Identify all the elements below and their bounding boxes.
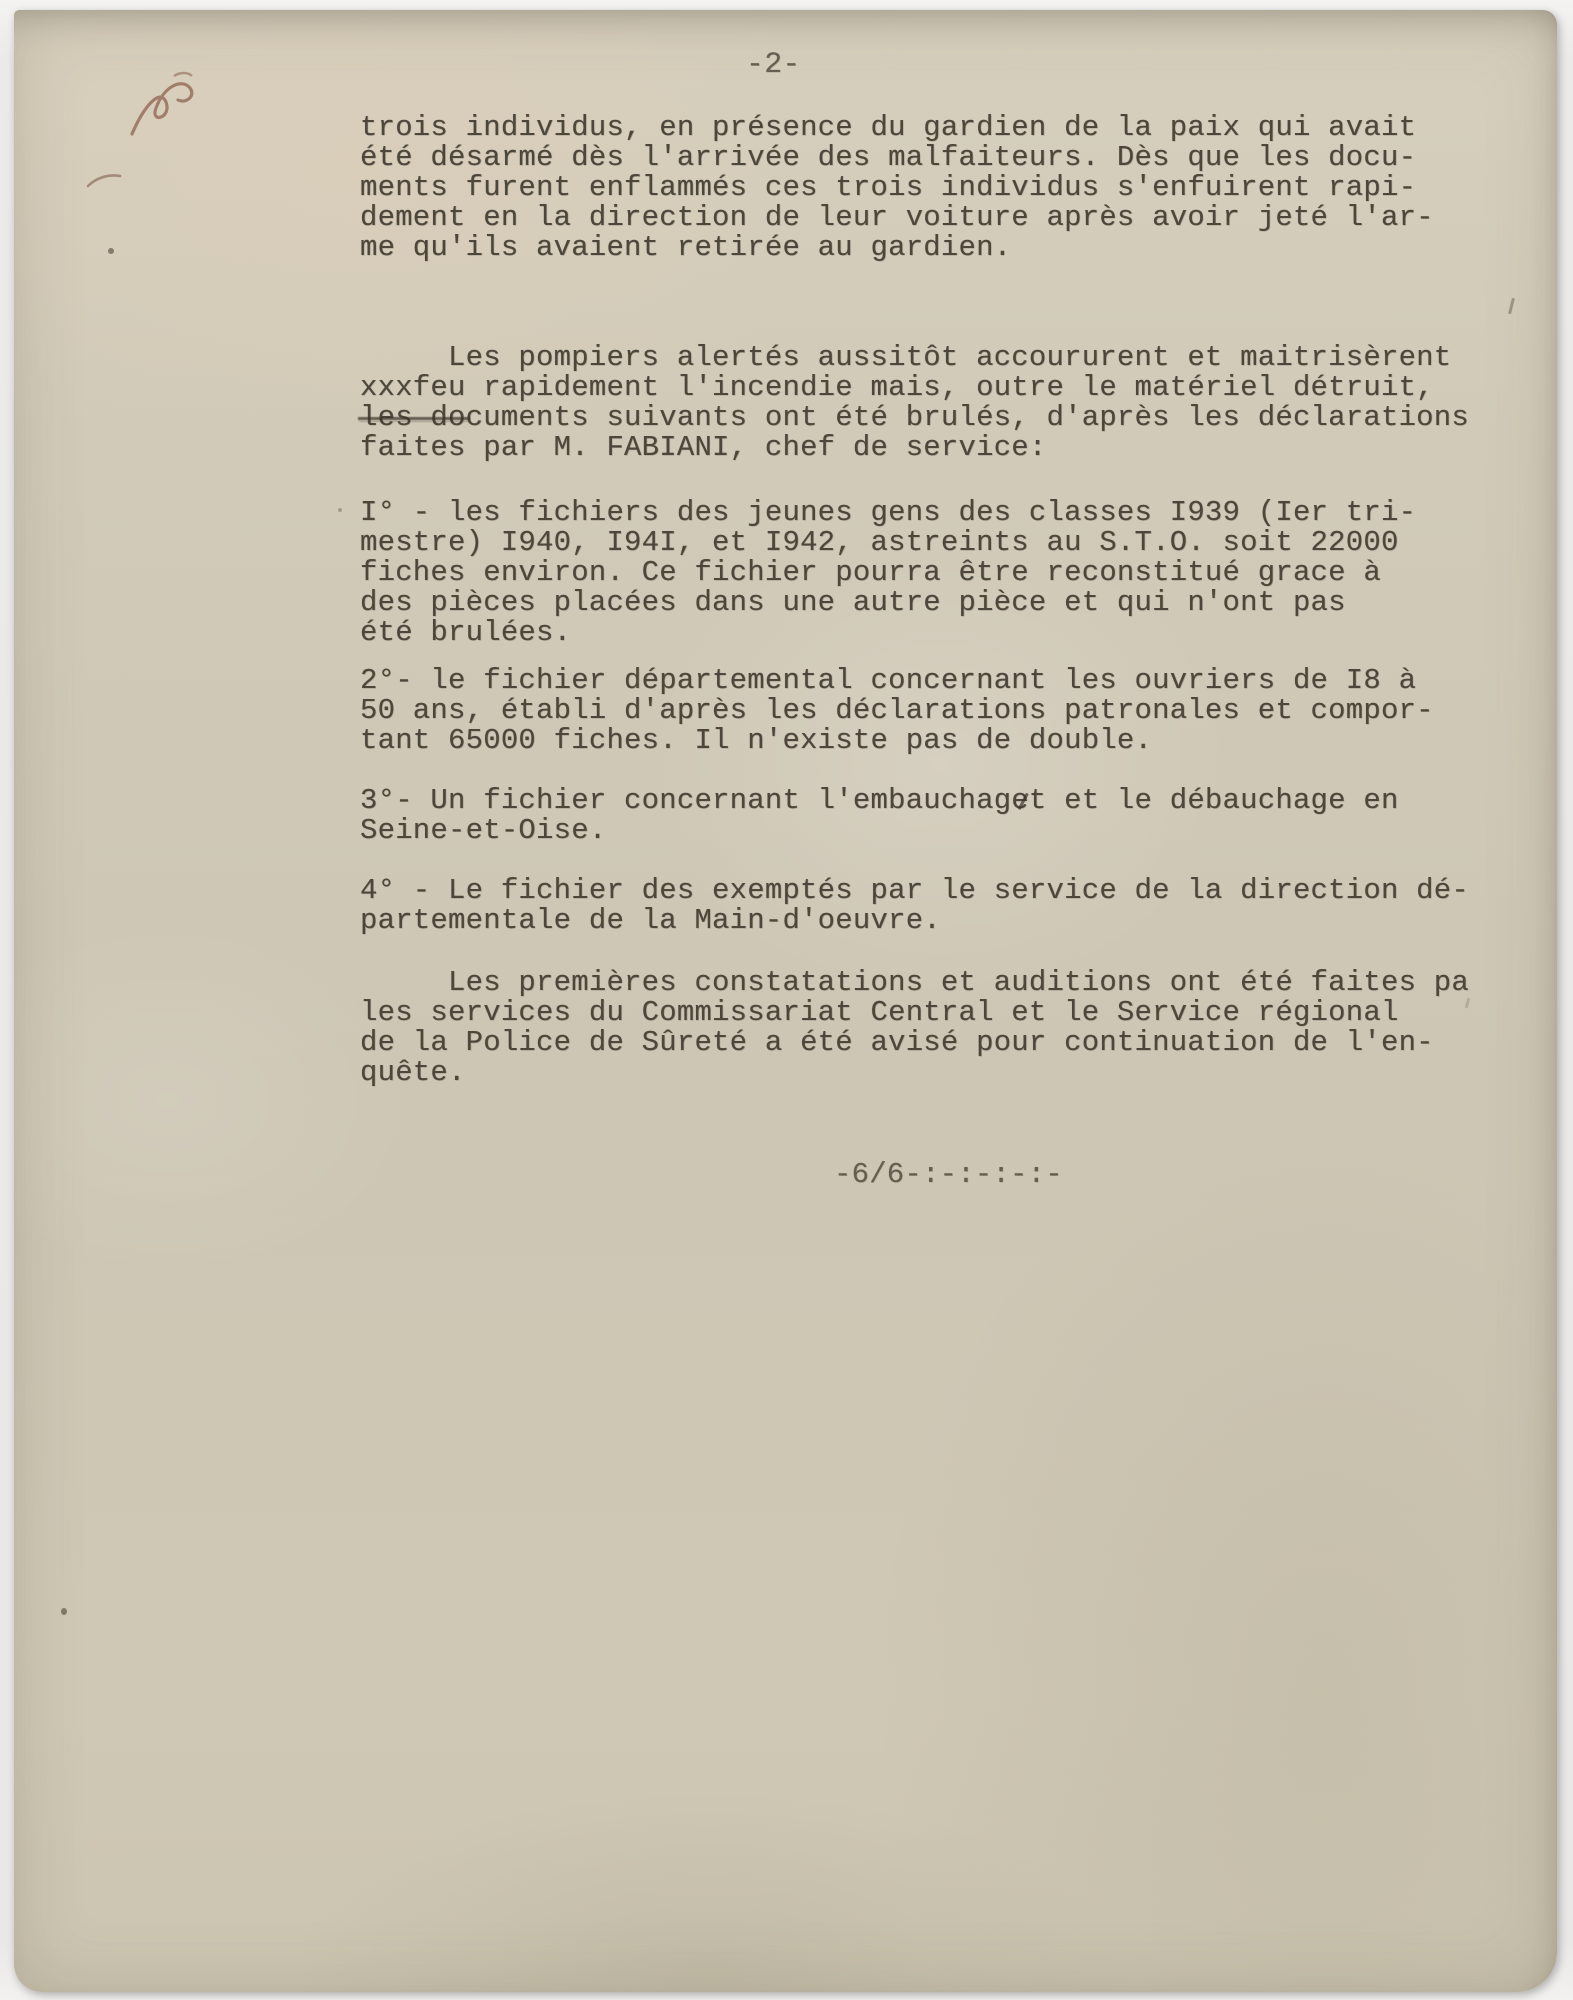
pencil-mark xyxy=(1508,298,1514,314)
ink-speck xyxy=(61,1608,67,1615)
ink-speck xyxy=(108,248,114,254)
paper-sheet: -2- trois individus, en présence du gard… xyxy=(14,10,1557,1992)
scanned-document: -2- trois individus, en présence du gard… xyxy=(0,0,1573,2000)
list-item-4: 4° - Le fichier des exemptés par le serv… xyxy=(360,876,1469,936)
paragraph-5: Les premières constatations et auditions… xyxy=(360,968,1469,1088)
paragraph-2: Les pompiers alertés aussitôt accoururen… xyxy=(360,343,1469,463)
ink-speck xyxy=(338,508,342,512)
ink-dash-mark xyxy=(80,160,130,200)
end-separator: -6/6-:-:-:-:- xyxy=(834,1160,1063,1190)
list-item-3: 3°- Un fichier concernant l'embauchaget … xyxy=(360,786,1399,846)
strikethrough-mark xyxy=(358,417,470,420)
paragraph-1: trois individus, en présence du gardien … xyxy=(360,113,1434,263)
list-item-2: 2°- le fichier départemental concernant … xyxy=(360,666,1434,756)
list-item-1: I° - les fichiers des jeunes gens des cl… xyxy=(360,498,1416,648)
paper-crease xyxy=(14,1772,254,1992)
ink-stain-squiggle xyxy=(114,62,224,152)
page-number: -2- xyxy=(746,50,801,80)
